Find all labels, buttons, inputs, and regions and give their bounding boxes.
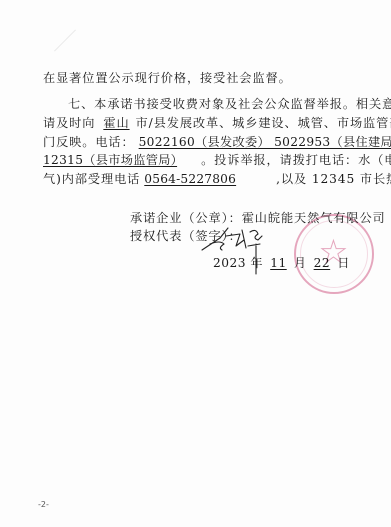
date-day: 22 [311, 255, 333, 271]
text-line-1: 在显著位置公示现行价格，接受社会监督。 [43, 71, 292, 85]
text-line-6-prefix: 气)内部受理电话 [43, 172, 140, 186]
paragraph-line-6: 气)内部受理电话0564-5227806,以及 12345 市长热线。 [43, 171, 391, 187]
paragraph-line-3: 请及时向霍山市/县发展改革、城乡建设、城管、市场监管部 [43, 115, 391, 131]
company-label: 承诺企业（公章）： [130, 211, 242, 225]
company-seal: ★ [294, 214, 374, 294]
paragraph-line-2: 七、本承诺书接受收费对象及社会公众监督举报。相关意见 [68, 96, 391, 112]
text-line-2: 七、本承诺书接受收费对象及社会公众监督举报。相关意见 [68, 97, 391, 111]
city-fill-in: 霍山 [95, 116, 135, 130]
paragraph-line-1: 在显著位置公示现行价格，接受社会监督。 [43, 70, 292, 86]
company-line: 承诺企业（公章）：霍山皖能天然气有限公司 [130, 210, 386, 226]
market-supervision-phone: 12315（县市场监管局） [43, 153, 201, 167]
page-number: -2- [38, 500, 49, 509]
document-page: 在显著位置公示现行价格，接受社会监督。 七、本承诺书接受收费对象及社会公众监督举… [0, 0, 391, 527]
paragraph-line-5: 12315（县市场监管局）。投诉举报，请拨打电话：水（电、 [43, 152, 391, 168]
text-line-3-prefix: 请及时向 [43, 116, 95, 130]
company-name: 霍山皖能天然气有限公司 [242, 211, 386, 225]
day-char: 日 [337, 256, 350, 270]
paragraph-line-4: 门反映。电话：5022160（县发改委） 5022953（县住建局） [43, 134, 391, 150]
complaint-phone-fill-in: 0564-5227806 [140, 172, 276, 186]
date-line: 2023 年 11 月 22 日 [213, 255, 350, 271]
text-line-5-suffix: 。投诉举报，请拨打电话：水（电、 [201, 153, 391, 167]
year-char: 年 [250, 256, 263, 270]
phone-numbers-fill-in: 5022160（县发改委） 5022953（县住建局） [135, 135, 391, 149]
date-month: 11 [267, 255, 289, 271]
text-line-3-suffix: 市/县发展改革、城乡建设、城管、市场监管部 [136, 116, 391, 130]
month-char: 月 [294, 256, 307, 270]
date-year: 2023 [213, 256, 246, 270]
scan-mark [54, 30, 76, 52]
text-line-6-suffix: ,以及 12345 市长热线。 [276, 172, 391, 186]
text-line-4-prefix: 门反映。电话： [43, 135, 135, 149]
